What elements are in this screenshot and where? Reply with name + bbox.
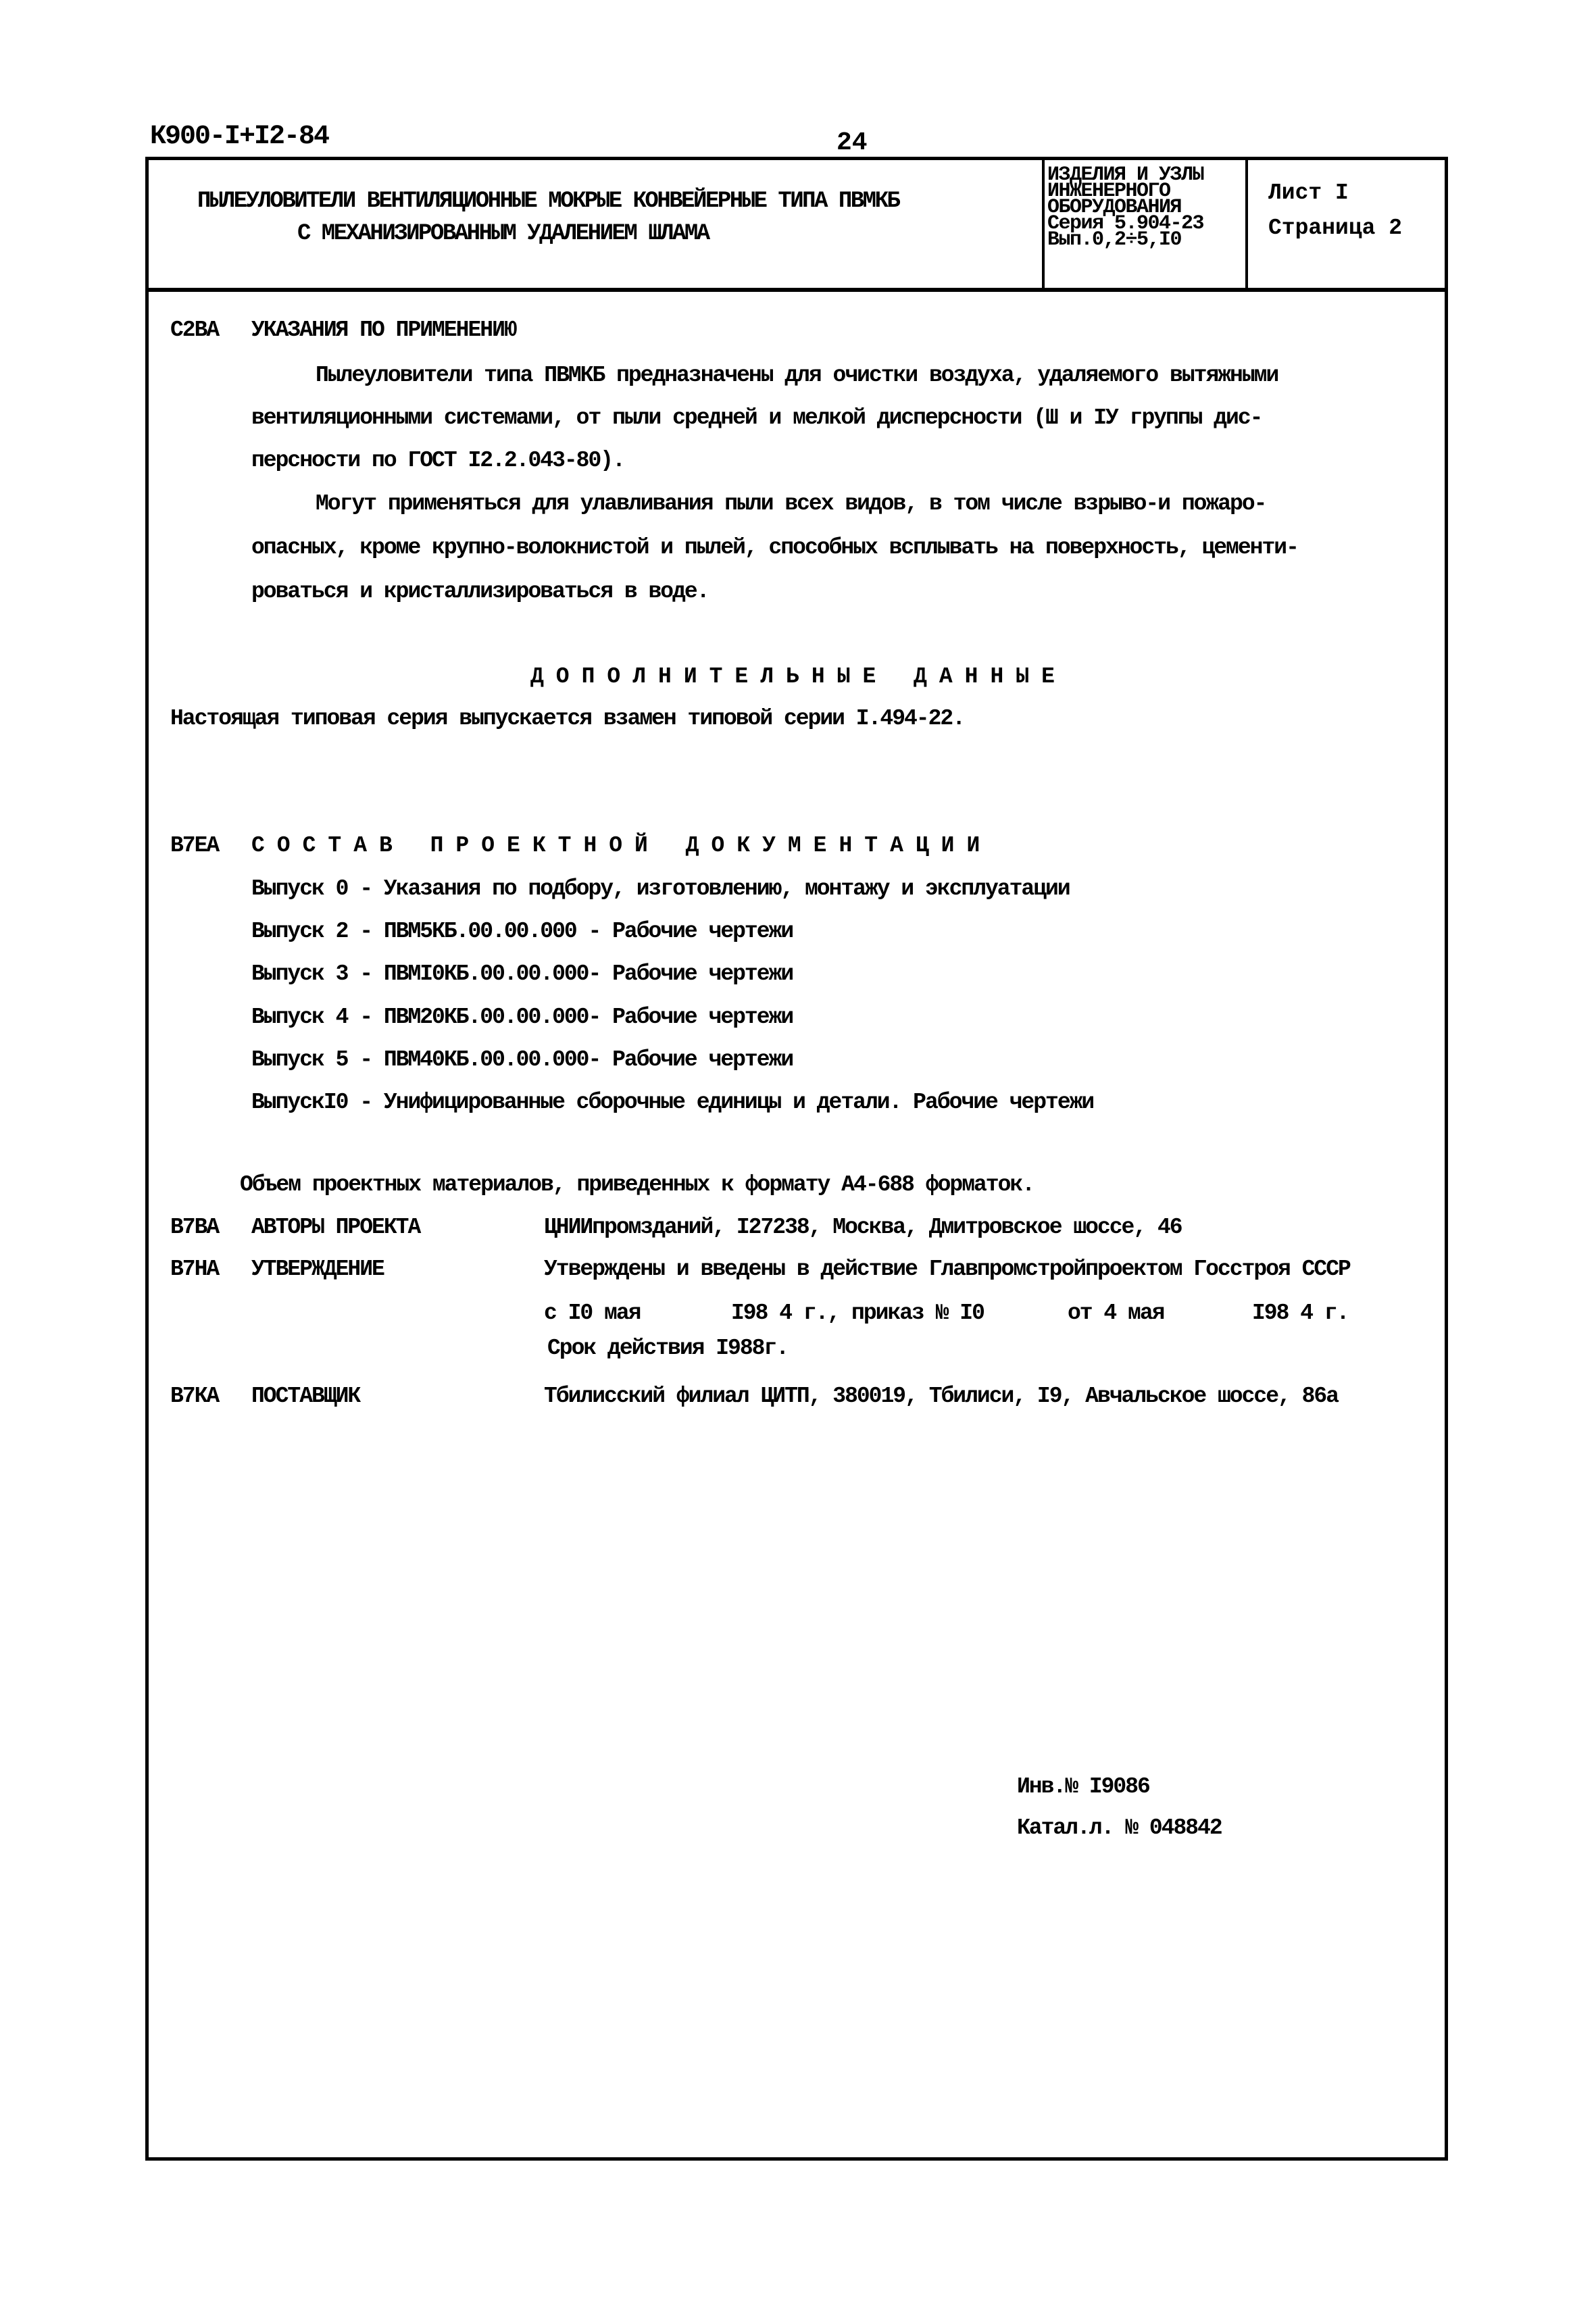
paragraph-line: персности по ГОСТ I2.2.043-80).: [251, 448, 624, 473]
section-code-composition: В7ЕА: [170, 833, 218, 858]
section-heading-application: УКАЗАНИЯ ПО ПРИМЕНЕНИЮ: [251, 318, 516, 343]
paragraph-line: опасных, кроме крупно-волокнистой и пыле…: [251, 535, 1298, 560]
section-code-application: С2ВА: [170, 318, 218, 343]
issue-item: Выпуск 5 - ПВМ40КБ.00.00.000- Рабочие че…: [251, 1047, 793, 1072]
series-line: Вып.0,2÷5,I0: [1047, 232, 1245, 248]
issue-item: Выпуск 0 - Указания по подбору, изготовл…: [251, 876, 1070, 901]
title-line-1: ПЫЛЕУЛОВИТЕЛИ ВЕНТИЛЯЦИОННЫЕ МОКРЫЕ КОНВ…: [197, 188, 899, 214]
section-code-supplier: В7КА: [170, 1384, 218, 1409]
approval-order-year: I98 4 г.: [1252, 1301, 1348, 1326]
title-line-2: С МЕХАНИЗИРОВАННЫМ УДАЛЕНИЕМ ШЛАМА: [297, 221, 709, 247]
additional-text: Настоящая типовая серия выпускается взам…: [170, 706, 964, 731]
supplier-value: Тбилисский филиал ЦИТП, 380019, Тбилиси,…: [544, 1384, 1338, 1409]
page-number: 24: [837, 128, 868, 157]
section-heading-composition: СОСТАВ ПРОЕКТНОЙ ДОКУМЕНТАЦИИ: [251, 833, 992, 858]
issue-item: Выпуск 2 - ПВМ5КБ.00.00.000 - Рабочие че…: [251, 919, 793, 944]
approval-line-1: Утверждены и введены в действие Главпром…: [544, 1257, 1350, 1282]
approval-date-from: с I0 мая: [544, 1301, 640, 1326]
title-block: ПЫЛЕУЛОВИТЕЛИ ВЕНТИЛЯЦИОННЫЕ МОКРЫЕ КОНВ…: [149, 160, 1445, 292]
sheet-page: Страница 2: [1268, 216, 1402, 241]
authors-value: ЦНИИпромзданий, I27238, Москва, Дмитровс…: [544, 1215, 1182, 1240]
title-cell: ПЫЛЕУЛОВИТЕЛИ ВЕНТИЛЯЦИОННЫЕ МОКРЫЕ КОНВ…: [149, 160, 1041, 288]
catalog-number: Катал.л. № 048842: [1017, 1815, 1222, 1840]
approval-label: УТВЕРЖДЕНИЕ: [251, 1257, 384, 1282]
issue-item: ВыпускI0 - Унифицированные сборочные еди…: [251, 1090, 1093, 1115]
supplier-label: ПОСТАВЩИК: [251, 1384, 359, 1409]
section-code-approval: В7НА: [170, 1257, 218, 1282]
approval-order-date: от 4 мая: [1068, 1301, 1164, 1326]
authors-label: АВТОРЫ ПРОЕКТА: [251, 1215, 420, 1240]
validity-period: Срок действия I988г.: [547, 1336, 788, 1361]
issue-item: Выпуск 4 - ПВМ20КБ.00.00.000- Рабочие че…: [251, 1005, 793, 1030]
volume-text: Объем проектных материалов, приведенных …: [240, 1172, 1034, 1197]
paragraph-line: Пылеуловители типа ПВМКБ предназначены д…: [316, 363, 1278, 388]
paragraph-line: вентиляционными системами, от пыли средн…: [251, 405, 1262, 430]
document-code: К900-I+I2-84: [150, 122, 328, 152]
section-code-authors: В7ВА: [170, 1215, 218, 1240]
paragraph-line: роваться и кристаллизироваться в воде.: [251, 579, 709, 604]
issue-item: Выпуск 3 - ПВМI0КБ.00.00.000- Рабочие че…: [251, 961, 793, 986]
approval-order: I98 4 г., приказ № I0: [731, 1301, 984, 1326]
sheet-cell: Лист I Страница 2: [1248, 160, 1448, 288]
section-heading-additional: ДОПОЛНИТЕЛЬНЫЕ ДАННЫЕ: [530, 664, 1067, 689]
inventory-number: Инв.№ I9086: [1017, 1774, 1149, 1799]
sheet-number: Лист I: [1268, 180, 1349, 205]
paragraph-line: Могут применяться для улавливания пыли в…: [316, 491, 1266, 516]
series-cell: ИЗДЕЛИЯ И УЗЛЫ ИНЖЕНЕРНОГО ОБОРУДОВАНИЯ …: [1042, 160, 1248, 288]
